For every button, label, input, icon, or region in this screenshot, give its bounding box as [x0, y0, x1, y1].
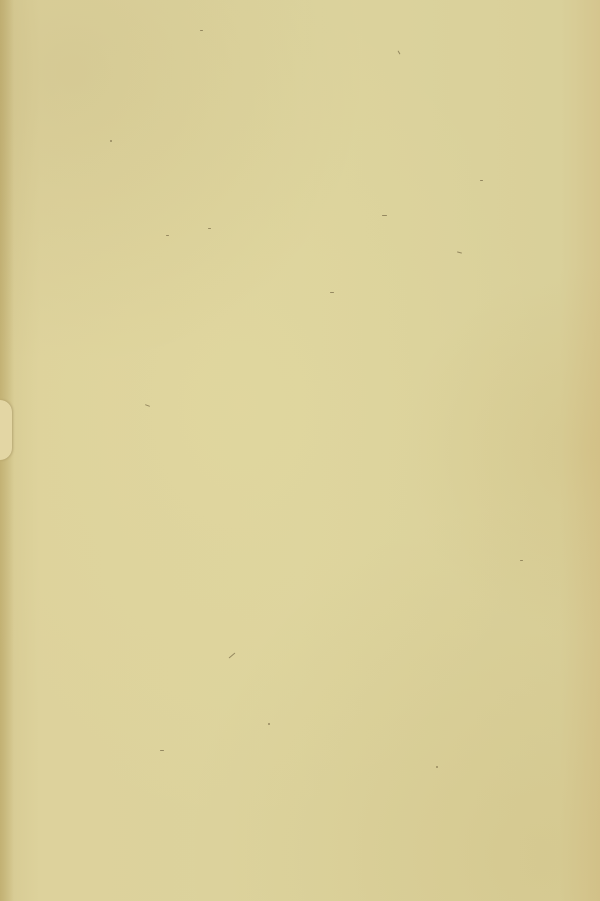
- blank-page: [0, 0, 600, 901]
- page-text: [0, 0, 600, 901]
